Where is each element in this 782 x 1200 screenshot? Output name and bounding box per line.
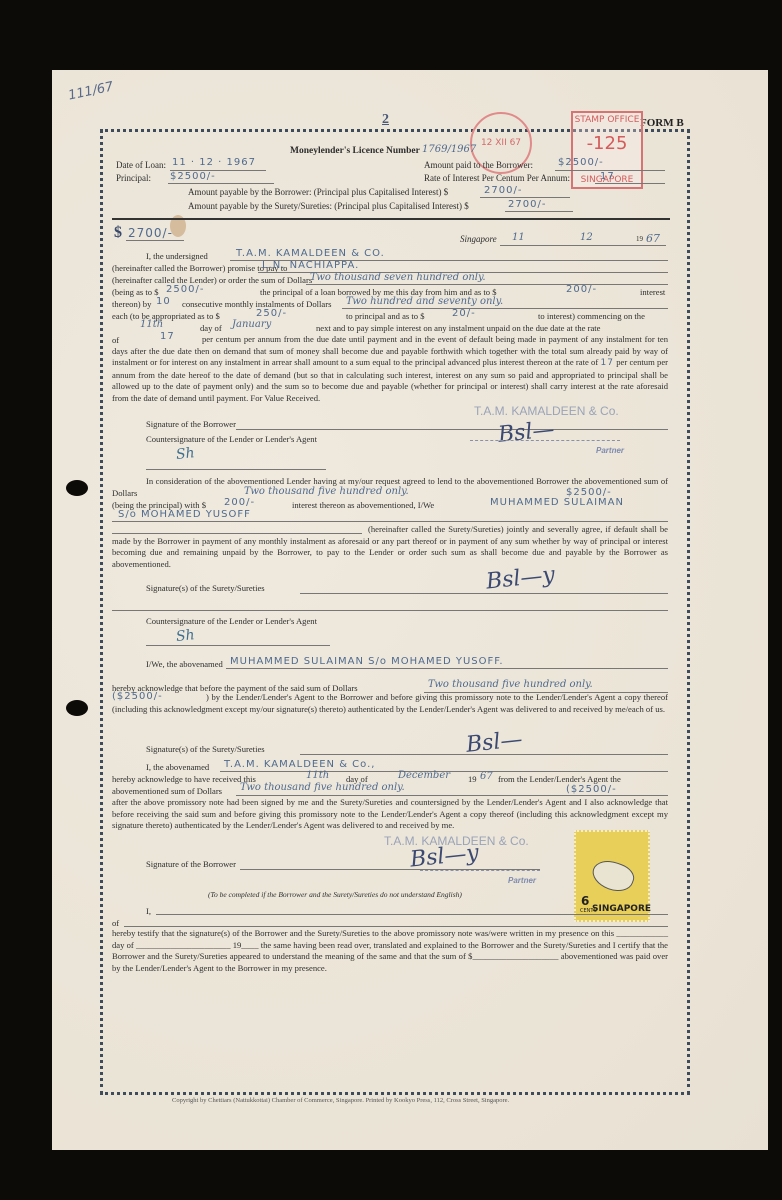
promise-principal: 2500/- [166, 284, 204, 295]
postage-country: SINGAPORE [592, 904, 651, 914]
promise-line: thereon) by [112, 299, 151, 309]
fish-illustration [588, 856, 637, 897]
promise-line: (being as to $ [112, 287, 159, 297]
lender-name: L.N. NACHIAPPA. [262, 260, 359, 271]
lender-agent-signature: Sh [175, 445, 195, 463]
dashed-line [470, 440, 620, 441]
field-line [505, 211, 573, 212]
promise-line: next and to pay simple interest on any i… [316, 323, 600, 333]
borrower-name: T.A.M. KAMALDEEN & CO. [236, 248, 385, 259]
promise-line: to principal and as to $ [346, 311, 425, 321]
note-month: 12 [580, 232, 593, 243]
translator-body: hereby testify that the signature(s) of … [112, 928, 668, 974]
surety-line: interest thereon as abovementioned, I/We [292, 500, 434, 510]
borrower-ack-month: December [398, 770, 450, 781]
field-line [306, 284, 668, 285]
signature-borrower-label: Signature of the Borrower [146, 419, 236, 429]
postage-stamp: 6 CENTS SINGAPORE [574, 830, 650, 922]
licence-title: Moneylender's Licence Number [290, 146, 420, 156]
rate-label: Rate of Interest Per Centum Per Annum: [424, 173, 570, 183]
field-line [156, 914, 668, 915]
note-year: 67 [646, 232, 660, 245]
signature-line [146, 469, 326, 470]
instalment-interest: 20/- [452, 308, 476, 319]
borrower-ack-name: T.A.M. KAMALDEEN & Co., [224, 759, 375, 770]
borrower-ack-day: 11th [306, 770, 329, 781]
surety-body: (hereinafter called the Surety/Sureties)… [112, 524, 668, 570]
instalment-principal: 250/- [256, 308, 287, 319]
signature-line [112, 610, 668, 611]
rate-value-2: 17 [601, 358, 614, 368]
date-of-loan-label: Date of Loan: [116, 160, 166, 170]
surety-ack-intro: I/We, the abovenamed [146, 659, 223, 669]
instalment-count: 10 [156, 296, 171, 307]
surety-ack-body: ) by the Lender/Lender's Agent to the Bo… [112, 692, 668, 715]
translator-i-label: I, [146, 906, 151, 916]
field-line [500, 245, 666, 246]
borrower-ack-year-prefix: 19 [468, 774, 477, 784]
punch-hole [66, 700, 88, 716]
page-number: 2 [382, 112, 389, 128]
footer-copyright: Copyright by Chettiars (Nattukkottai) Ch… [172, 1097, 509, 1104]
amount-paid-label: Amount paid to the Borrower: [424, 160, 533, 170]
payable-surety-value: 2700/- [508, 199, 546, 210]
sum-words: Two thousand seven hundred only. [310, 272, 486, 283]
field-line [126, 240, 184, 241]
rate-value: 17 [600, 171, 615, 182]
promise-line: (hereinafter called the Lender) or order… [112, 275, 312, 285]
note-day: 11 [512, 232, 525, 243]
surety-interest: 200/- [224, 497, 255, 508]
company-stamp: T.A.M. KAMALDEEN & Co. [474, 404, 619, 418]
translation-note: (To be completed if the Borrower and the… [208, 890, 462, 899]
place-label: Singapore [460, 234, 497, 244]
amount-paid-value: $2500/- [558, 157, 604, 168]
borrower-ack-sum-figure: ($2500/- [566, 784, 617, 795]
signature-borrower-label-2: Signature of the Borrower [146, 859, 236, 869]
start-day: 11th [140, 319, 163, 330]
promise-body: per centum per annum from the due date u… [112, 334, 668, 405]
borrower-ack-line: hereby acknowledge to have received this [112, 774, 256, 784]
field-line [236, 795, 668, 796]
borrower-ack-sum-words: Two thousand five hundred only. [240, 782, 405, 793]
surety-name-1: MUHAMMED SULAIMAN [490, 497, 624, 508]
countersignature-label-2: Countersignature of the Lender or Lender… [146, 616, 317, 626]
payable-borrower-label: Amount payable by the Borrower: (Princip… [188, 187, 448, 197]
borrower-ack-intro: I, the abovenamed [146, 762, 209, 772]
countersignature-label: Countersignature of the Lender or Lender… [146, 434, 317, 444]
promise-line: each (to be appropriated as to $ [112, 311, 220, 321]
surety-ack-sum-words: Two thousand five hundred only. [428, 679, 593, 690]
dashed-line [420, 870, 540, 871]
start-month: January [232, 319, 271, 330]
principal-value: $2500/- [170, 171, 216, 182]
field-line [168, 183, 274, 184]
dollar-sign: $ [114, 224, 122, 242]
surety-sum-words: Two thousand five hundred only. [244, 486, 409, 497]
postage-value: 6 [581, 894, 589, 908]
divider [112, 218, 670, 220]
licence-number: 1769/1967 [422, 144, 476, 155]
translator-of-label: of [112, 918, 119, 928]
partner-label: Partner [596, 446, 624, 455]
signature-line [236, 429, 668, 430]
field-line [342, 308, 668, 309]
promise-line: to interest) commencing on the [538, 311, 645, 321]
borrower-ack-year: 67 [480, 771, 493, 782]
signature-line [300, 593, 668, 594]
form-label: FORM B [640, 117, 684, 129]
signature-surety-label-2: Signature(s) of the Surety/Sureties [146, 744, 265, 754]
signature-line [146, 645, 330, 646]
promise-line: day of [200, 323, 222, 333]
principal-label: Principal: [116, 173, 151, 183]
partner-label-2: Partner [508, 876, 536, 885]
punch-hole [66, 480, 88, 496]
date-of-loan: 11 · 12 · 1967 [172, 157, 256, 168]
payable-surety-label: Amount payable by the Surety/Sureties: (… [188, 201, 469, 211]
borrower-ack-body: after the above promissory note had been… [112, 797, 668, 832]
borrower-ack-line: abovementioned sum of Dollars [112, 786, 222, 796]
field-line [595, 183, 665, 184]
field-line [112, 521, 668, 522]
borrower-ack-line: from the Lender/Lender's Agent the [498, 774, 621, 784]
promise-line: interest [640, 287, 665, 297]
surety-ack-name: MUHAMMED SULAIMAN S/o MOHAMED YUSOFF. [230, 656, 504, 667]
promise-interest: 200/- [566, 284, 597, 295]
note-amount: 2700/- [128, 226, 173, 240]
year-prefix: 19 [636, 235, 643, 243]
surety-name-2: S/o MOHAMED YUSOFF [118, 509, 251, 520]
field-line [480, 197, 570, 198]
signature-surety-label: Signature(s) of the Surety/Sureties [146, 583, 265, 593]
payable-borrower-value: 2700/- [484, 185, 522, 196]
instalment-words: Two hundred and seventy only. [346, 296, 503, 307]
promise-intro: I, the undersigned [146, 251, 208, 261]
field-line [226, 668, 668, 669]
field-line [124, 926, 668, 927]
lender-agent-signature-2: Sh [175, 627, 195, 645]
